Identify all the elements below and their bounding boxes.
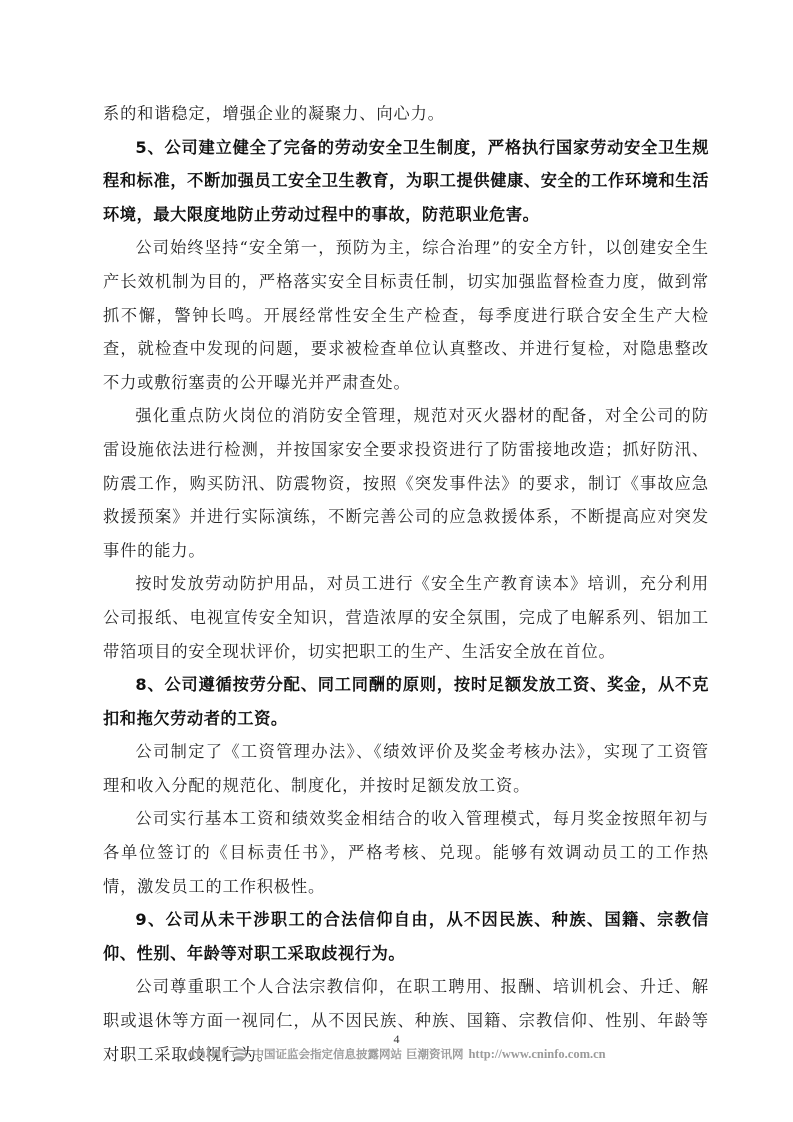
page-number: 4	[0, 1032, 793, 1046]
paragraph-income-model: 公司实行基本工资和绩效奖金相结合的收入管理模式，每月奖金按照年初与各单位签订的《…	[103, 802, 709, 903]
paragraph-continuation: 系的和谐稳定，增强企业的凝聚力、向心力。	[103, 97, 709, 131]
cninfo-logo-text: cninf	[187, 1046, 227, 1062]
disclosure-site-label: 中国证监会指定信息披露网站 巨潮资讯网	[252, 1046, 463, 1062]
cninfo-logo-icon	[232, 1048, 247, 1061]
section-heading-5: 5、公司建立健全了完备的劳动安全卫生制度，严格执行国家劳动安全卫生规程和标准，不…	[103, 131, 709, 232]
paragraph-safety-policy: 公司始终坚持“安全第一，预防为主，综合治理”的安全方针，以创建安全生产长效机制为…	[103, 231, 709, 399]
section-heading-9: 9、公司从未干涉职工的合法信仰自由，从不因民族、种族、国籍、宗教信仰、性别、年龄…	[103, 903, 709, 970]
document-body: 系的和谐稳定，增强企业的凝聚力、向心力。 5、公司建立健全了完备的劳动安全卫生制…	[103, 97, 709, 1071]
paragraph-protective-equipment: 按时发放劳动防护用品，对员工进行《安全生产教育读本》培训，充分利用公司报纸、电视…	[103, 567, 709, 668]
site-url-link[interactable]: http://www.cninfo.com.cn	[468, 1047, 605, 1062]
footer-site-bar: cninf 中国证监会指定信息披露网站 巨潮资讯网 http://www.cni…	[0, 1046, 793, 1062]
paragraph-fire-safety: 强化重点防火岗位的消防安全管理，规范对灭火器材的配备，对全公司的防雷设施依法进行…	[103, 399, 709, 567]
document-page: 系的和谐稳定，增强企业的凝聚力、向心力。 5、公司建立健全了完备的劳动安全卫生制…	[0, 0, 793, 1122]
paragraph-wage-policy: 公司制定了《工资管理办法》、《绩效评价及奖金考核办法》，实现了工资管理和收入分配…	[103, 735, 709, 802]
section-heading-8: 8、公司遵循按劳分配、同工同酬的原则，按时足额发放工资、奖金，从不克扣和拖欠劳动…	[103, 668, 709, 735]
